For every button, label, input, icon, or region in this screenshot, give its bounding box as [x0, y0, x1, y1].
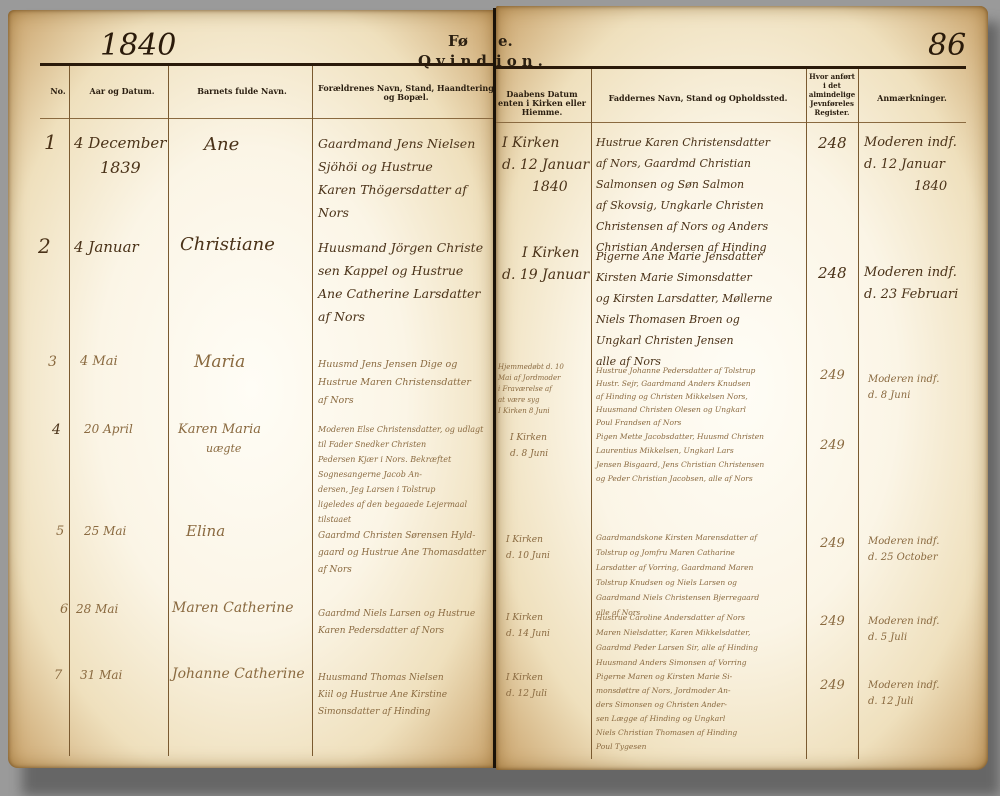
- entry-1-parents: Gaardmand Jens Nielsen Sjöhöi og Hustrue…: [318, 132, 475, 224]
- entry-6-no: 6: [60, 602, 68, 617]
- entry-5-parents: Gaardmd Christen Sørensen Hyld- gaard og…: [318, 528, 486, 579]
- entry-3-remarks: Moderen indf. d. 8 Juni: [868, 372, 939, 404]
- entry-2-baptism: I Kirken d. 19 Januar: [502, 242, 589, 286]
- entry-2-no: 2: [38, 234, 51, 258]
- entry-1-baptism: I Kirken d. 12 Januar 1840: [502, 132, 589, 198]
- entry-3-godparents: Hustrue Johanne Pedersdatter af Tolstrup…: [596, 364, 755, 429]
- col-header-remarks: Anmærkninger.: [860, 94, 964, 103]
- col-header-date: Aar og Datum.: [72, 87, 172, 96]
- entry-1-date-line1: 4 December: [74, 134, 166, 152]
- entry-1-remarks: Moderen indf. d. 12 Januar 1840: [864, 132, 957, 198]
- entry-7-no: 7: [54, 668, 62, 683]
- header-top-rule-left: [40, 63, 495, 66]
- entry-4-no: 4: [52, 422, 61, 438]
- col-divider-1: [69, 66, 70, 756]
- entry-5-date: 25 Mai: [84, 524, 126, 538]
- entry-5-godparents: Gaardmandskone Kirsten Marensdatter af T…: [596, 530, 759, 620]
- entry-6-godparents: Hustrue Caroline Andersdatter af Nors Ma…: [596, 610, 758, 670]
- col-header-child-name: Barnets fulde Navn.: [170, 87, 314, 96]
- entry-7-date: 31 Mai: [80, 668, 122, 682]
- year-label: 1840: [100, 28, 176, 63]
- title-line2-left: Qvind: [418, 52, 492, 70]
- entry-7-baptism: I Kirken d. 12 Juli: [506, 670, 547, 702]
- entry-5-no: 5: [56, 524, 64, 539]
- title-line1-right: e.: [498, 32, 513, 50]
- entry-2-date: 4 Januar: [74, 238, 139, 256]
- entry-4-child-name-line2: uægte: [206, 442, 241, 455]
- entry-2-register: 248: [818, 264, 847, 282]
- entry-2-parents: Huusmand Jörgen Christe sen Kappel og Hu…: [318, 236, 483, 328]
- entry-4-date: 20 April: [84, 422, 133, 436]
- col-header-baptism: Daabens Datum enten i Kirken eller Hiemm…: [496, 90, 588, 117]
- entry-3-register: 249: [820, 368, 845, 383]
- entry-2-remarks: Moderen indf. d. 23 Februari: [864, 262, 958, 306]
- entry-3-parents: Huusmd Jens Jensen Dige og Hustrue Maren…: [318, 356, 471, 410]
- entry-3-date: 4 Mai: [80, 354, 118, 369]
- entry-5-child-name: Elina: [186, 522, 225, 540]
- title-line1-left: Fø: [448, 32, 468, 50]
- entry-7-remarks: Moderen indf. d. 12 Juli: [868, 678, 939, 710]
- entry-6-baptism: I Kirken d. 14 Juni: [506, 610, 550, 642]
- entry-3-child-name: Maria: [194, 352, 245, 372]
- entry-5-baptism: I Kirken d. 10 Juni: [506, 532, 550, 564]
- entry-4-godparents: Pigen Mette Jacobsdatter, Huusmd Christe…: [596, 430, 764, 486]
- col-divider-2: [168, 66, 169, 756]
- header-bottom-rule-right: [496, 122, 966, 123]
- entry-7-godparents: Pigerne Maren og Kirsten Marie Si- monsd…: [596, 670, 737, 754]
- page-number: 86: [928, 28, 966, 63]
- entry-7-parents: Huusmand Thomas Nielsen Kiil og Hustrue …: [318, 670, 447, 721]
- entry-3-baptism: Hjemmedøbt d. 10 Mai af Jordmoder i Frav…: [498, 362, 564, 417]
- entry-4-parents: Moderen Else Christensdatter, og udlagt …: [318, 422, 483, 527]
- entry-6-parents: Gaardmd Niels Larsen og Hustrue Karen Pe…: [318, 606, 475, 640]
- header-bottom-rule-left: [40, 118, 495, 119]
- entry-5-register: 249: [820, 536, 845, 551]
- entry-1-child-name: Ane: [204, 134, 239, 155]
- col-divider-6: [858, 69, 859, 759]
- entry-1-date-line2: 1839: [100, 158, 141, 177]
- header-top-rule-right: [496, 66, 966, 69]
- entry-1-register: 248: [818, 134, 847, 152]
- entry-5-remarks: Moderen indf. d. 25 October: [868, 534, 939, 566]
- right-page: e. ion. 86 Daabens Datum enten i Kirken …: [496, 6, 988, 770]
- entry-6-remarks: Moderen indf. d. 5 Juli: [868, 614, 939, 646]
- col-header-parents: Forældrenes Navn, Stand, Haandtering og …: [314, 84, 495, 102]
- entry-1-godparents: Hustrue Karen Christensdatter af Nors, G…: [596, 132, 770, 258]
- entry-7-child-name: Johanne Catherine: [172, 666, 305, 682]
- entry-2-godparents: Pigerne Ane Marie Jensdatter Kirsten Mar…: [596, 246, 772, 372]
- entry-4-register: 249: [820, 438, 845, 453]
- entry-1-no: 1: [44, 130, 57, 154]
- entry-4-child-name-line1: Karen Maria: [178, 422, 261, 437]
- col-divider-4: [591, 69, 592, 759]
- col-divider-5: [806, 69, 807, 759]
- col-divider-3: [312, 66, 313, 756]
- col-header-godparents: Faddernes Navn, Stand og Opholdssted.: [592, 94, 804, 103]
- entry-6-date: 28 Mai: [76, 602, 118, 616]
- entry-6-child-name: Maren Catherine: [172, 600, 294, 616]
- entry-2-child-name: Christiane: [180, 234, 275, 255]
- col-header-vaccination: Hvor anført i det almindelige Jevnførele…: [808, 72, 856, 117]
- entry-4-baptism: I Kirken d. 8 Juni: [510, 430, 548, 462]
- entry-6-register: 249: [820, 614, 845, 629]
- entry-7-register: 249: [820, 678, 845, 693]
- left-page: 1840 Fø Qvind No. Aar og Datum. Barnets …: [8, 10, 495, 768]
- entry-3-no: 3: [48, 354, 57, 370]
